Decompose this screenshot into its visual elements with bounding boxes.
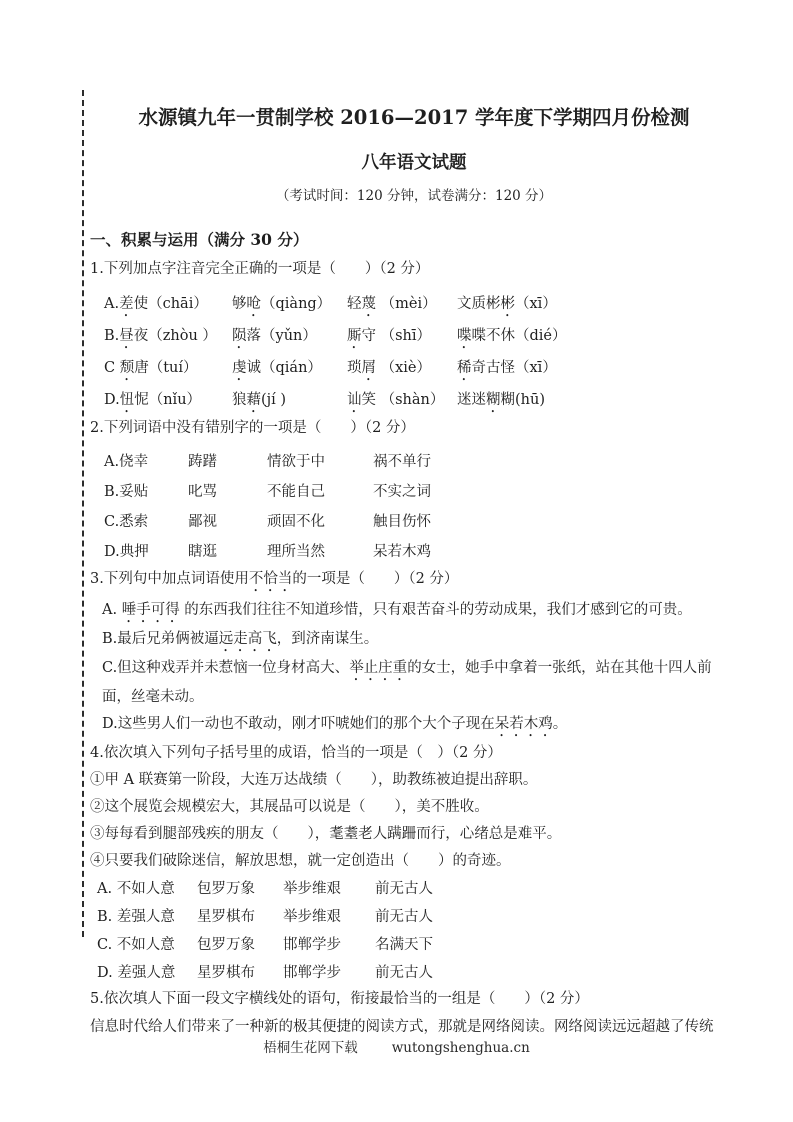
option-term: A.差使（chāi） <box>104 288 232 320</box>
question4-option-a: A. 不如人意 包罗万象 举步维艰 前无古人 <box>90 875 738 903</box>
document-content: 水源镇九年一贯制学校 2016—2017 学年度下学期四月份检测 八年语文试题 … <box>90 95 738 1039</box>
question4-sentence-2: ②这个展览会规模宏大，其展品可以说是（ ），美不胜收。 <box>90 794 738 821</box>
text-segment: 的一项是（ ）（2 分） <box>292 571 458 587</box>
option-term: 瞎逛 <box>188 537 267 567</box>
option-term: 叱骂 <box>188 477 267 507</box>
option-term: 前无古人 <box>375 875 738 903</box>
option-term: C.悉索 <box>104 507 188 537</box>
option-term: 够呛（qiàng） <box>232 288 347 320</box>
text-segment: （xiè） <box>376 360 431 376</box>
option-term: 包罗万象 <box>197 875 283 903</box>
section1-heading: 一、积累与运用（满分 30 分） <box>90 229 738 251</box>
emphasized-text: 屑 <box>362 360 377 376</box>
question4-sentence-1: ①甲 A 联赛第一阶段，大连万达战绩（ ），助教练被迫提出辞职。 <box>90 767 738 794</box>
option-term: 不能自己 <box>267 477 373 507</box>
page-footer: 梧桐生花网下载wutongshenghua.cn <box>0 1038 793 1058</box>
text-segment: (jí ) <box>261 392 286 408</box>
emphasized-text: 不恰当 <box>249 571 293 587</box>
question4-stem: 4.依次填入下列句子括号里的成语，恰当的一项是（ ）（2 分） <box>90 740 738 767</box>
text-segment: 3.下列句中加点词语使用 <box>90 571 249 587</box>
footer-site-url: wutongshenghua.cn <box>392 1040 530 1056</box>
option-term: D. 差强人意 <box>97 959 197 987</box>
text-segment: ，到济南谋生。 <box>277 631 379 647</box>
question4-option-c: C. 不如人意 包罗万象 邯郸学步 名满天下 <box>90 931 738 959</box>
option-term: 邯郸学步 <box>283 959 375 987</box>
question2-option-b: B.妥贴 叱骂 不能自己 不实之词 <box>90 477 738 507</box>
emphasized-text: 唾手可得 <box>122 602 180 618</box>
emphasized-text: 差 <box>119 296 134 312</box>
question3-option-d: D.这些男人们一动也不敢动，刚才吓唬她们的那个大个子现在呆若木鸡。 <box>90 711 738 740</box>
text-segment: （qiàng） <box>261 296 331 312</box>
text-segment: 喋不休（dié） <box>472 328 567 344</box>
option-term: 琐屑 （xiè） <box>347 352 457 384</box>
text-segment: 迷迷 <box>457 392 486 408</box>
option-term: 不实之词 <box>373 477 738 507</box>
option-term: 星罗棋布 <box>197 959 283 987</box>
emphasized-text: 呆若木鸡 <box>495 716 553 732</box>
question2-option-d: D.典押 瞎逛 理所当然 呆若木鸡 <box>90 537 738 567</box>
question1-option-b: B.昼夜（zhòu ） 陨落（yǔn） 厮守 （shī） 喋喋不休（dié） <box>90 320 738 352</box>
emphasized-text: 昼 <box>119 328 134 344</box>
option-term: B.妥贴 <box>104 477 188 507</box>
question2-stem: 2.下列词语中没有错别字的一项是（ ）（2 分） <box>90 416 738 440</box>
option-term: 踌躇 <box>188 447 267 477</box>
text-segment: 轻 <box>347 296 362 312</box>
question5-passage-line: 信息时代给人们带来了一种新的极其便捷的阅读方式，那就是网络阅读。网络阅读远远超越… <box>90 1015 738 1039</box>
emphasized-text: 彬 <box>501 296 516 312</box>
option-term: 迷迷糊糊(hū) <box>457 384 738 416</box>
emphasized-text: 藉 <box>247 392 262 408</box>
text-segment: 唐（tuí） <box>134 360 197 376</box>
emphasized-text: 呛 <box>247 296 262 312</box>
text-segment: D.这些男人们一动也不敢动，刚才吓唬她们的那个大个子现在 <box>102 716 495 732</box>
option-term: 轻蔑 （mèi） <box>347 288 457 320</box>
text-segment: （xī） <box>515 296 557 312</box>
question5-stem: 5.依次填人下面一段文字横线处的语句，衔接最恰当的一组是（ ）（2 分） <box>90 987 738 1011</box>
option-term: 陨落（yǔn） <box>232 320 347 352</box>
option-term: D.忸怩（nǐu） <box>104 384 232 416</box>
text-segment: B. <box>104 328 119 344</box>
question3-option-c-line1: C.但这种戏弄并未惹恼一位身材高大、举止庄重的女士，她手中拿着一张纸，站在其他十… <box>90 655 738 684</box>
question1-stem: 1.下列加点字注音完全正确的一项是（ ）（2 分） <box>90 257 738 281</box>
question4-option-b: B. 差强人意 星罗棋布 举步维艰 前无古人 <box>90 903 738 931</box>
text-segment: 的东西我们往往不知道珍惜，只有艰苦奋斗的劳动成果，我们才感到它的可贵。 <box>180 602 692 618</box>
text-segment: 狼 <box>232 392 247 408</box>
emphasized-text: 颓 <box>120 360 135 376</box>
option-term: 前无古人 <box>375 903 738 931</box>
text-segment: B.最后兄弟俩被逼 <box>102 631 219 647</box>
emphasized-text: 讪 <box>347 392 362 408</box>
text-segment: 诚（qián） <box>247 360 322 376</box>
option-term: 虔诚（qián） <box>232 352 347 384</box>
text-segment: C <box>104 360 120 376</box>
question3-stem: 3.下列句中加点词语使用不恰当的一项是（ ）（2 分） <box>90 567 738 595</box>
text-segment: 落（yǔn） <box>247 328 317 344</box>
question1-option-d: D.忸怩（nǐu） 狼藉(jí ) 讪笑 （shàn） 迷迷糊糊(hū) <box>90 384 738 416</box>
left-margin-dashed-rule <box>82 90 84 937</box>
footer-site-name: 梧桐生花网下载 <box>263 1040 358 1056</box>
option-term: A.侥幸 <box>104 447 188 477</box>
option-term: 讪笑 （shàn） <box>347 384 457 416</box>
option-term: 喋喋不休（dié） <box>457 320 738 352</box>
text-segment: A. <box>104 296 119 312</box>
option-term: C 颓唐（tuí） <box>104 352 232 384</box>
option-term: 厮守 （shī） <box>347 320 457 352</box>
option-term: 祸不单行 <box>373 447 738 477</box>
option-term: 举步维艰 <box>283 875 375 903</box>
emphasized-text: 厮 <box>347 328 362 344</box>
option-term: 前无古人 <box>375 959 738 987</box>
question1-option-c: C 颓唐（tuí） 虔诚（qián） 琐屑 （xiè） 稀奇古怪（xī） <box>90 352 738 384</box>
question2-option-a: A.侥幸 踌躇 情欲于中 祸不单行 <box>90 447 738 477</box>
text-segment: D. <box>104 392 120 408</box>
text-segment: 文质彬 <box>457 296 501 312</box>
text-segment: 使（chāi） <box>134 296 208 312</box>
option-term: 理所当然 <box>267 537 373 567</box>
question4-sentence-4: ④只要我们破除迷信，解放思想，就一定创造出（ ）的奇迹。 <box>90 848 738 875</box>
question1-option-a: A.差使（chāi） 够呛（qiàng） 轻蔑 （mèi） 文质彬彬（xī） <box>90 288 738 320</box>
option-term: 触目伤怀 <box>373 507 738 537</box>
text-segment: 琐 <box>347 360 362 376</box>
text-segment: 笑 （shàn） <box>362 392 445 408</box>
option-term: 文质彬彬（xī） <box>457 288 738 320</box>
exam-paper-page: 水源镇九年一贯制学校 2016—2017 学年度下学期四月份检测 八年语文试题 … <box>0 0 793 1122</box>
emphasized-text: 蔑 <box>362 296 377 312</box>
emphasized-text: 虔 <box>232 360 247 376</box>
question3-option-a: A. 唾手可得 的东西我们往往不知道珍惜，只有艰苦奋斗的劳动成果，我们才感到它的… <box>90 597 738 626</box>
text-segment: （mèi） <box>376 296 437 312</box>
text-segment: 够 <box>232 296 247 312</box>
option-term: A. 不如人意 <box>97 875 197 903</box>
option-term: 狼藉(jí ) <box>232 384 347 416</box>
text-segment: 怩（nǐu） <box>134 392 201 408</box>
option-term: C. 不如人意 <box>97 931 197 959</box>
option-term: 邯郸学步 <box>283 931 375 959</box>
option-term: 包罗万象 <box>197 931 283 959</box>
question3-option-c-line2: 面，丝毫未动。 <box>90 684 738 711</box>
option-term: 情欲于中 <box>267 447 373 477</box>
question4-option-d: D. 差强人意 星罗棋布 邯郸学步 前无古人 <box>90 959 738 987</box>
option-term: B. 差强人意 <box>97 903 197 931</box>
question2-option-c: C.悉索 鄙视 顽固不化 触目伤怀 <box>90 507 738 537</box>
emphasized-text: 稀 <box>457 360 472 376</box>
option-term: 呆若木鸡 <box>373 537 738 567</box>
option-term: 举步维艰 <box>283 903 375 931</box>
text-segment: 奇古怪（xī） <box>472 360 557 376</box>
emphasized-text: 陨 <box>232 328 247 344</box>
option-term: 鄙视 <box>188 507 267 537</box>
document-title: 水源镇九年一贯制学校 2016—2017 学年度下学期四月份检测 <box>90 105 738 131</box>
option-term: 名满天下 <box>375 931 738 959</box>
text-segment: 守 （shī） <box>362 328 432 344</box>
text-segment: 夜（zhòu ） <box>134 328 217 344</box>
emphasized-text: 喋 <box>457 328 472 344</box>
text-segment: C.但这种戏弄并未惹恼一位身材高大、 <box>102 660 349 676</box>
option-term: B.昼夜（zhòu ） <box>104 320 232 352</box>
option-term: 顽固不化 <box>267 507 373 537</box>
option-term: D.典押 <box>104 537 188 567</box>
option-term: 星罗棋布 <box>197 903 283 931</box>
emphasized-text: 远走高飞 <box>219 631 277 647</box>
emphasized-text: 忸 <box>120 392 135 408</box>
document-subtitle: 八年语文试题 <box>90 151 738 175</box>
text-segment: 糊(hū) <box>501 392 546 408</box>
text-segment: 。 <box>553 716 568 732</box>
text-segment: 的女士，她手中拿着一张纸，站在其他十四人前 <box>407 660 712 676</box>
text-segment: A. <box>102 602 122 618</box>
question3-option-b: B.最后兄弟俩被逼远走高飞，到济南谋生。 <box>90 626 738 655</box>
emphasized-text: 糊 <box>486 392 501 408</box>
exam-info-line: （考试时间：120 分钟，试卷满分：120 分） <box>90 186 738 206</box>
option-term: 稀奇古怪（xī） <box>457 352 738 384</box>
question4-sentence-3: ③每每看到腿部残疾的朋友（ ），耄耋老人蹒跚而行，心绪总是难平。 <box>90 821 738 848</box>
emphasized-text: 举止庄重 <box>349 660 407 676</box>
